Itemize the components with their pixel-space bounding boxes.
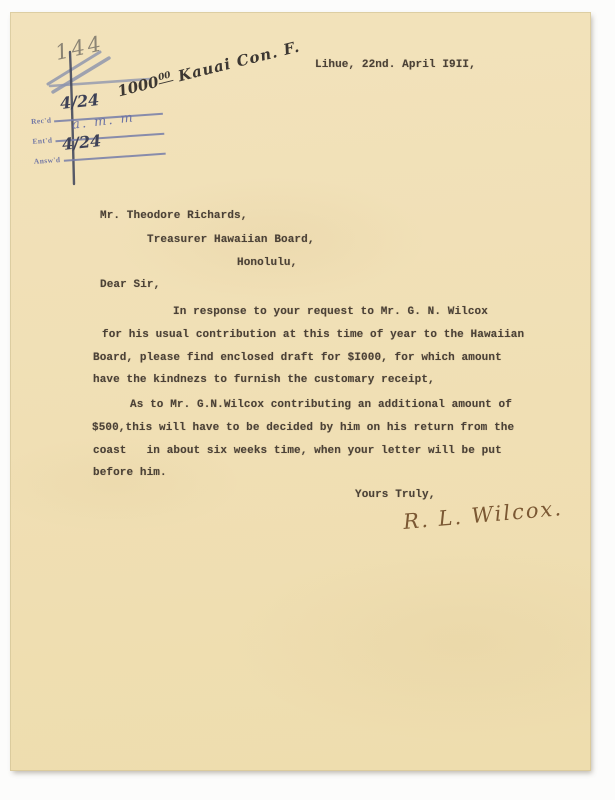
body-line: In response to your request to Mr. G. N.… [173, 305, 488, 320]
recipient-city: Honolulu, [237, 256, 297, 271]
amount-note-dollars: 1000 [116, 73, 161, 101]
dateline: Lihue, 22nd. April I9II, [315, 58, 476, 73]
body-line: $500,this will have to be decided by him… [92, 421, 514, 436]
body-line: As to Mr. G.N.Wilcox contributing an add… [130, 398, 512, 413]
salutation: Dear Sir, [100, 278, 160, 293]
letter-sheet: 144 100000 Kauai Con. F. Rec'd Ent'd Ans… [10, 12, 591, 771]
amount-note-memo: Kauai Con. F. [170, 38, 302, 87]
closing: Yours Truly, [355, 488, 435, 503]
body-line: before him. [93, 466, 167, 481]
page-number-pencil: 144 [53, 31, 106, 65]
body-line: Board, please find enclosed draft for $I… [93, 351, 502, 366]
stamp-label-entd: Ent'd [32, 135, 56, 146]
body-line: for his usual contribution at this time … [102, 328, 524, 343]
recipient-title: Treasurer Hawaiian Board, [147, 233, 315, 248]
body-line: coast in about six weeks time, when your… [93, 444, 502, 459]
amount-note-cents: 00 [156, 70, 173, 84]
stamp-label-recd: Rec'd [31, 115, 55, 126]
recipient-name: Mr. Theodore Richards, [100, 209, 247, 224]
stamp-label-answd: Answ'd [34, 155, 64, 166]
body-line: have the kindnezs to furnish the customa… [93, 373, 435, 388]
stamp-rule-line [63, 153, 165, 162]
